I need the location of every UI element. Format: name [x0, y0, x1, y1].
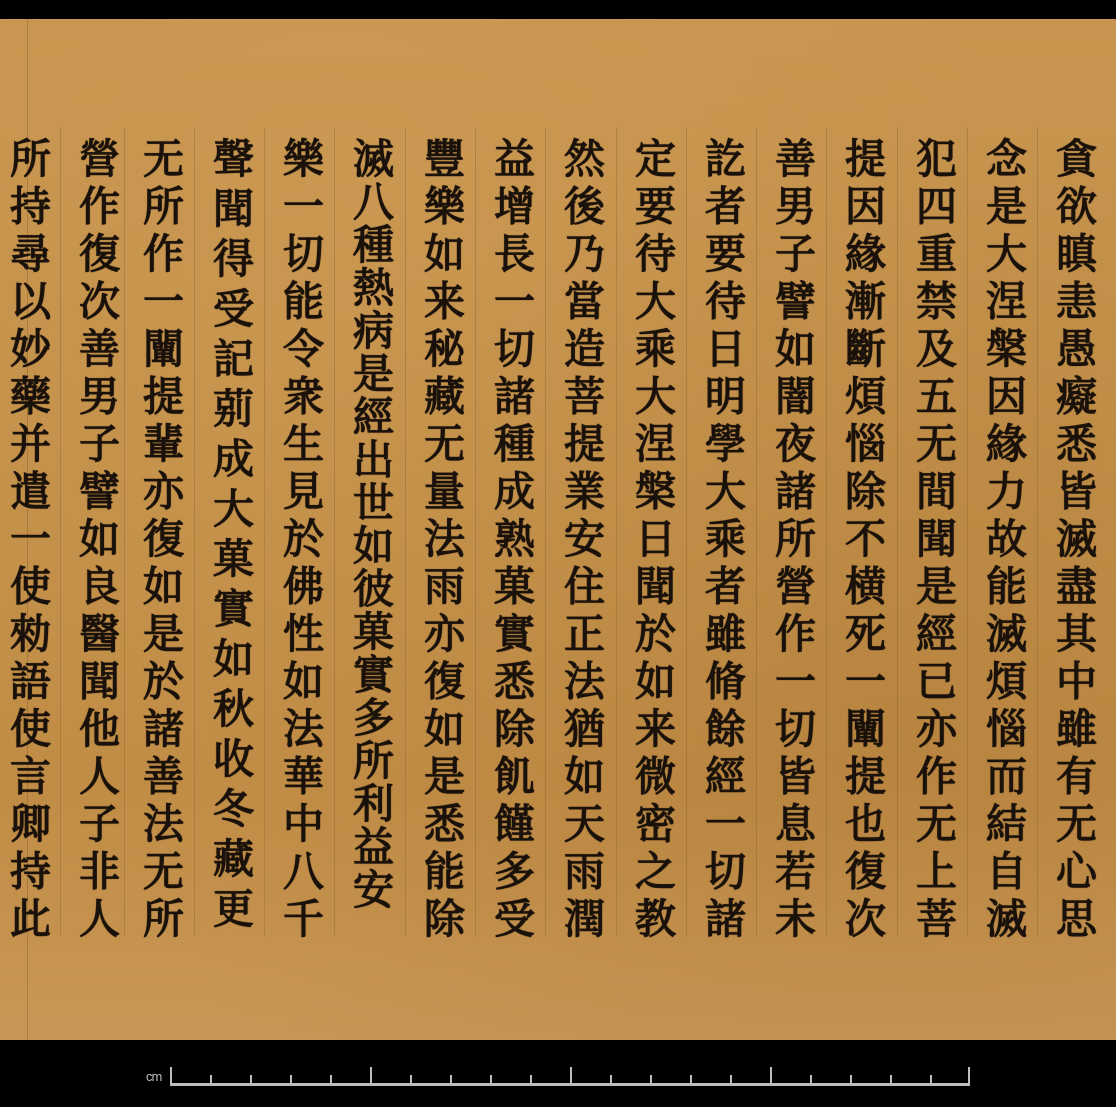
scale-tick: [330, 1075, 332, 1083]
text-column-3: 犯四重禁及五无間聞是經已亦作无上菩: [897, 127, 968, 937]
column-text: 然後乃當造菩提業安住正法猶如天雨潤: [551, 137, 611, 945]
text-column-1: 貪欲瞋恚愚癡悉皆滅盡其中雖有无心思: [1037, 127, 1108, 937]
scale-tick: [770, 1067, 772, 1083]
scale-tick: [890, 1075, 892, 1083]
column-text: 滅八種熱病是經出世如彼菓實多所利益安: [340, 137, 400, 911]
scale-tick: [810, 1075, 812, 1083]
top-black-border: [0, 0, 1116, 19]
scale-unit-label: cm: [146, 1069, 161, 1084]
text-columns: 貪欲瞋恚愚癡悉皆滅盡其中雖有无心思 念是大涅槃因緣力故能滅煩惱而結自滅 犯四重禁…: [0, 127, 1116, 937]
scale-tick: [530, 1075, 532, 1083]
scale-tick: [210, 1075, 212, 1083]
scale-tick: [450, 1075, 452, 1083]
column-text: 益增長一切諸種成熟菓實悉除飢饉多受: [481, 137, 541, 945]
bottom-black-border: [0, 1040, 1116, 1107]
text-column-5: 善男子譬如闇夜諸所營作一切皆息若未: [756, 127, 827, 937]
text-column-11: 滅八種熱病是經出世如彼菓實多所利益安: [334, 127, 405, 937]
scale-tick: [850, 1075, 852, 1083]
scale-tick: [250, 1075, 252, 1083]
text-column-2: 念是大涅槃因緣力故能滅煩惱而結自滅: [967, 127, 1038, 937]
column-text: 定要待大乘大涅槃日聞於如来微密之教: [622, 137, 682, 945]
scale-tick: [170, 1067, 172, 1083]
text-column-9: 益增長一切諸種成熟菓實悉除飢饉多受: [475, 127, 546, 937]
scale-tick: [610, 1075, 612, 1083]
text-column-16: 所持尋以妙藥并遣一使勑語使言卿持此: [0, 127, 62, 937]
text-column-12: 樂一切能令衆生見於佛性如法華中八千: [264, 127, 335, 937]
column-text: 无所作一闡提輩亦復如是於諸善法无所: [130, 137, 190, 945]
scale-tick: [570, 1067, 572, 1083]
text-column-15: 營作復次善男子譬如良醫聞他人子非人: [60, 127, 131, 937]
column-text: 提因緣漸斷煩惱除不横死一闡提也復次: [832, 137, 892, 945]
column-text: 善男子譬如闇夜諸所營作一切皆息若未: [762, 137, 822, 945]
column-text: 念是大涅槃因緣力故能滅煩惱而結自滅: [973, 137, 1033, 945]
scale-tick: [410, 1075, 412, 1083]
column-text: 豐樂如来秘藏无量法雨亦復如是悉能除: [411, 137, 471, 945]
scale-tick: [650, 1075, 652, 1083]
scale-bar-line: [170, 1083, 970, 1086]
column-text: 犯四重禁及五无間聞是經已亦作无上菩: [903, 137, 963, 945]
manuscript-paper: 貪欲瞋恚愚癡悉皆滅盡其中雖有无心思 念是大涅槃因緣力故能滅煩惱而結自滅 犯四重禁…: [0, 19, 1116, 1040]
text-column-6: 訖者要待日明學大乘者雖脩餘經一切諸: [686, 127, 757, 937]
scale-tick: [930, 1075, 932, 1083]
text-column-13: 聲聞得受記莂成大菓實如秋收冬藏更: [194, 127, 265, 937]
scale-tick: [690, 1075, 692, 1083]
scale-tick: [370, 1067, 372, 1083]
scale-tick: [968, 1067, 970, 1083]
text-column-8: 然後乃當造菩提業安住正法猶如天雨潤: [545, 127, 616, 937]
text-column-4: 提因緣漸斷煩惱除不横死一闡提也復次: [826, 127, 897, 937]
scale-tick: [290, 1075, 292, 1083]
column-text: 貪欲瞋恚愚癡悉皆滅盡其中雖有无心思: [1043, 137, 1103, 945]
column-text: 樂一切能令衆生見於佛性如法華中八千: [270, 137, 330, 945]
column-text: 所持尋以妙藥并遣一使勑語使言卿持此: [0, 137, 57, 945]
text-column-14: 无所作一闡提輩亦復如是於諸善法无所: [124, 127, 195, 937]
scale-tick: [490, 1075, 492, 1083]
column-text: 聲聞得受記莂成大菓實如秋收冬藏更: [200, 137, 260, 937]
scale-tick: [730, 1075, 732, 1083]
column-text: 營作復次善男子譬如良醫聞他人子非人: [66, 137, 126, 945]
text-column-7: 定要待大乘大涅槃日聞於如来微密之教: [616, 127, 687, 937]
column-text: 訖者要待日明學大乘者雖脩餘經一切諸: [692, 137, 752, 945]
text-column-10: 豐樂如来秘藏无量法雨亦復如是悉能除: [405, 127, 476, 937]
